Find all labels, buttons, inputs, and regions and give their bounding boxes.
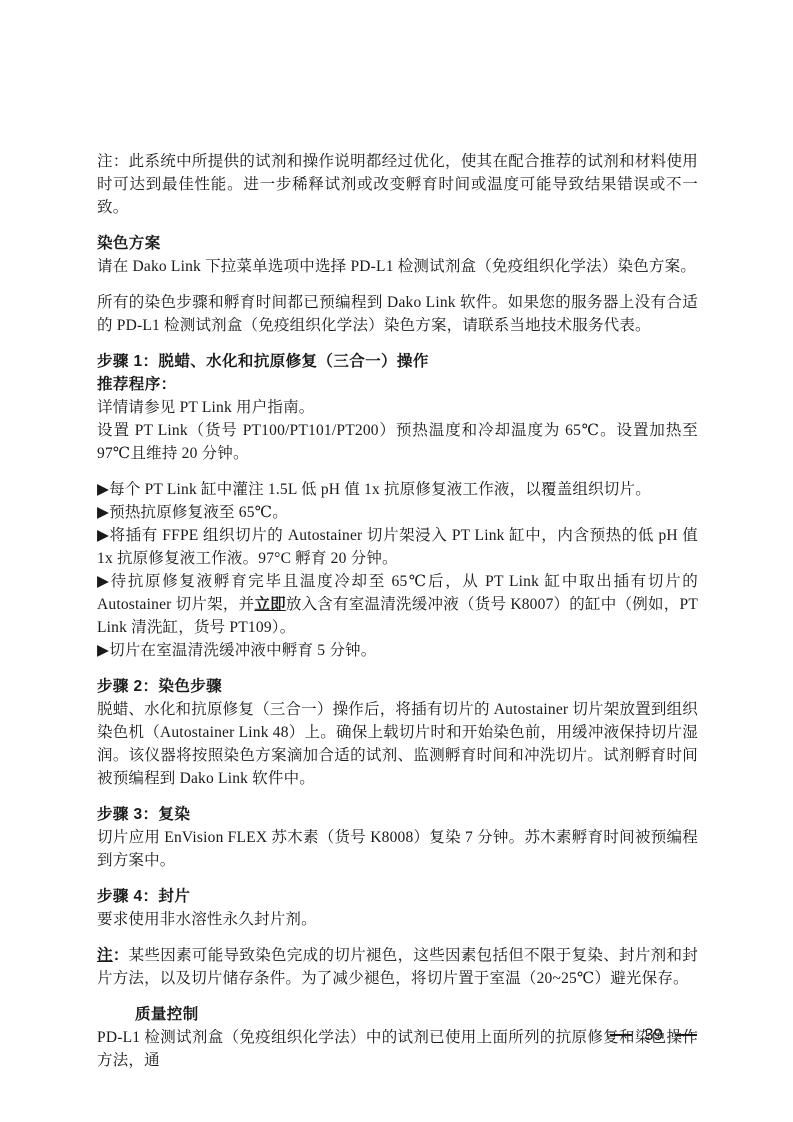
doc-heading: 步骤 4：封片: [97, 885, 698, 908]
text-segment: ▶将插有 FFPE 组织切片的 Autostainer 切片架浸入 PT Lin…: [97, 527, 698, 567]
doc-bullet: ▶将插有 FFPE 组织切片的 Autostainer 切片架浸入 PT Lin…: [97, 524, 698, 570]
text-segment: 推荐程序：: [97, 376, 177, 393]
text-segment: PD-L1 检测试剂盒（免疫组织化学法）中的试剂已使用上面所列的抗原修复和染色操…: [97, 1029, 698, 1069]
doc-paragraph: 切片应用 EnVision FLEX 苏木素（货号 K8008）复染 7 分钟。…: [97, 826, 698, 872]
text-segment: 步骤 1：脱蜡、水化和抗原修复（三合一）操作: [97, 353, 429, 370]
blank-line: [97, 278, 698, 291]
text-segment: 步骤 2：染色步骤: [97, 678, 222, 695]
text-segment: ▶切片在室温清洗缓冲液中孵育 5 分钟。: [97, 642, 376, 659]
blank-line: [97, 465, 698, 478]
doc-subheading: 推荐程序：: [97, 373, 698, 396]
text-segment: ▶每个 PT Link 缸中灌注 1.5L 低 pH 值 1x 抗原修复液工作液…: [97, 481, 651, 498]
doc-paragraph: 所有的染色步骤和孵育时间都已预编程到 Dako Link 软件。如果您的服务器上…: [97, 291, 698, 337]
text-segment: 注: [97, 947, 113, 964]
doc-heading: 质量控制: [135, 1003, 698, 1026]
page-number-dash-left: [610, 1034, 632, 1036]
doc-paragraph: 详情请参见 PT Link 用户指南。: [97, 396, 698, 419]
doc-paragraph: 设置 PT Link（货号 PT100/PT101/PT200）预热温度和冷却温…: [97, 419, 698, 465]
text-segment: 步骤 3：复染: [97, 806, 190, 823]
text-segment: 立即: [254, 596, 285, 613]
text-segment: 要求使用非水溶性永久封片剂。: [97, 911, 317, 928]
text-segment: 某些因素可能导致染色完成的切片褪色，这些因素包括但不限于复染、封片剂和封片方法，…: [97, 947, 698, 987]
doc-bullet: ▶每个 PT Link 缸中灌注 1.5L 低 pH 值 1x 抗原修复液工作液…: [97, 478, 698, 501]
text-segment: 详情请参见 PT Link 用户指南。: [97, 399, 315, 416]
blank-line: [97, 931, 698, 944]
doc-paragraph: 请在 Dako Link 下拉菜单选项中选择 PD-L1 检测试剂盒（免疫组织化…: [97, 255, 698, 278]
doc-bullet: ▶待抗原修复液孵育完毕且温度冷却至 65℃后，从 PT Link 缸中取出插有切…: [97, 570, 698, 639]
text-segment: ：: [113, 947, 129, 964]
text-segment: 注：此系统中所提供的试剂和操作说明都经过优化，使其在配合推荐的试剂和材料使用时可…: [97, 153, 698, 216]
text-segment: 脱蜡、水化和抗原修复（三合一）操作后，将插有切片的 Autostainer 切片…: [97, 701, 698, 787]
text-segment: 请在 Dako Link 下拉菜单选项中选择 PD-L1 检测试剂盒（免疫组织化…: [97, 258, 696, 275]
doc-bullet: ▶切片在室温清洗缓冲液中孵育 5 分钟。: [97, 639, 698, 662]
page-number: 39: [610, 1025, 697, 1045]
text-segment: ▶预热抗原修复液至 65℃。: [97, 504, 288, 521]
doc-heading: 步骤 1：脱蜡、水化和抗原修复（三合一）操作: [97, 350, 698, 373]
text-segment: 质量控制: [135, 1006, 199, 1023]
doc-paragraph: PD-L1 检测试剂盒（免疫组织化学法）中的试剂已使用上面所列的抗原修复和染色操…: [97, 1026, 698, 1072]
text-segment: 设置 PT Link（货号 PT100/PT101/PT200）预热温度和冷却温…: [97, 422, 698, 462]
text-segment: 所有的染色步骤和孵育时间都已预编程到 Dako Link 软件。如果您的服务器上…: [97, 294, 698, 334]
page-number-dash-right: [675, 1034, 697, 1036]
text-segment: 切片应用 EnVision FLEX 苏木素（货号 K8008）复染 7 分钟。…: [97, 829, 698, 869]
doc-bullet: ▶预热抗原修复液至 65℃。: [97, 501, 698, 524]
page-number-value: 39: [644, 1025, 663, 1045]
doc-paragraph: 要求使用非水溶性永久封片剂。: [97, 908, 698, 931]
doc-paragraph: 注：某些因素可能导致染色完成的切片褪色，这些因素包括但不限于复染、封片剂和封片方…: [97, 944, 698, 990]
document-body: 注：此系统中所提供的试剂和操作说明都经过优化，使其在配合推荐的试剂和材料使用时可…: [97, 150, 698, 1072]
text-segment: 染色方案: [97, 235, 161, 252]
doc-paragraph: 注：此系统中所提供的试剂和操作说明都经过优化，使其在配合推荐的试剂和材料使用时可…: [97, 150, 698, 219]
doc-heading: 步骤 2：染色步骤: [97, 675, 698, 698]
document-page: 注：此系统中所提供的试剂和操作说明都经过优化，使其在配合推荐的试剂和材料使用时可…: [0, 0, 793, 1122]
doc-paragraph: 脱蜡、水化和抗原修复（三合一）操作后，将插有切片的 Autostainer 切片…: [97, 698, 698, 790]
doc-heading: 步骤 3：复染: [97, 803, 698, 826]
text-segment: 步骤 4：封片: [97, 888, 190, 905]
doc-heading: 染色方案: [97, 232, 698, 255]
